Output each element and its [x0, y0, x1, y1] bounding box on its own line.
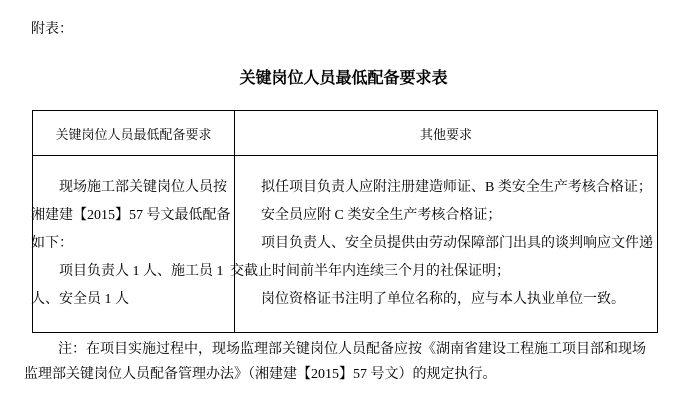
cell-line: 安全员应附 C 类安全生产考核合格证； [233, 202, 657, 230]
cell-line: 项目负责人 1 人、施工员 1 [31, 258, 234, 286]
cell-line: 拟任项目负责人应附注册建造师证、B 类安全生产考核合格证； [233, 174, 657, 202]
table-title: 关键岗位人员最低配备要求表 [32, 67, 655, 91]
cell-line: 项目负责人、安全员提供由劳动保障部门出具的谈判响应文件递 [233, 230, 657, 258]
cell-line: 人、安全员 1 人 [31, 286, 234, 314]
cell-line: 如下： [31, 230, 234, 258]
cell-line: 交截止时间前半年内连续三个月的社保证明； [230, 258, 657, 286]
document-page: 附表： 关键岗位人员最低配备要求表 关键岗位人员最低配备要求 其他要求 现场施工… [0, 0, 679, 400]
appendix-label: 附表： [31, 21, 73, 39]
footnote-line: 注：在项目实施过程中，现场监理部关键岗位人员配备应按《湖南省建设工程施工项目部和… [24, 337, 664, 362]
cell-line: 岗位资格证书注明了单位名称的，应与本人执业单位一致。 [233, 286, 657, 314]
cell-min-staffing: 现场施工部关键岗位人员按 湘建建【2015】57 号文最低配备 如下： 项目负责… [33, 156, 235, 333]
footnote-line: 监理部关键岗位人员配备管理办法》（湘建建【2015】57 号文）的规定执行。 [24, 362, 664, 387]
header-cell-min-staffing: 关键岗位人员最低配备要求 [33, 111, 235, 156]
cell-line: 湘建建【2015】57 号文最低配备 [31, 202, 234, 230]
table-body-row: 现场施工部关键岗位人员按 湘建建【2015】57 号文最低配备 如下： 项目负责… [33, 156, 658, 333]
cell-other-requirements: 拟任项目负责人应附注册建造师证、B 类安全生产考核合格证； 安全员应附 C 类安… [235, 156, 658, 333]
requirements-table: 关键岗位人员最低配备要求 其他要求 现场施工部关键岗位人员按 湘建建【2015】… [32, 110, 658, 333]
table-header-row: 关键岗位人员最低配备要求 其他要求 [33, 111, 658, 156]
header-cell-other-requirements: 其他要求 [235, 111, 658, 156]
footnote: 注：在项目实施过程中，现场监理部关键岗位人员配备应按《湖南省建设工程施工项目部和… [24, 337, 664, 387]
cell-line: 现场施工部关键岗位人员按 [31, 174, 234, 202]
